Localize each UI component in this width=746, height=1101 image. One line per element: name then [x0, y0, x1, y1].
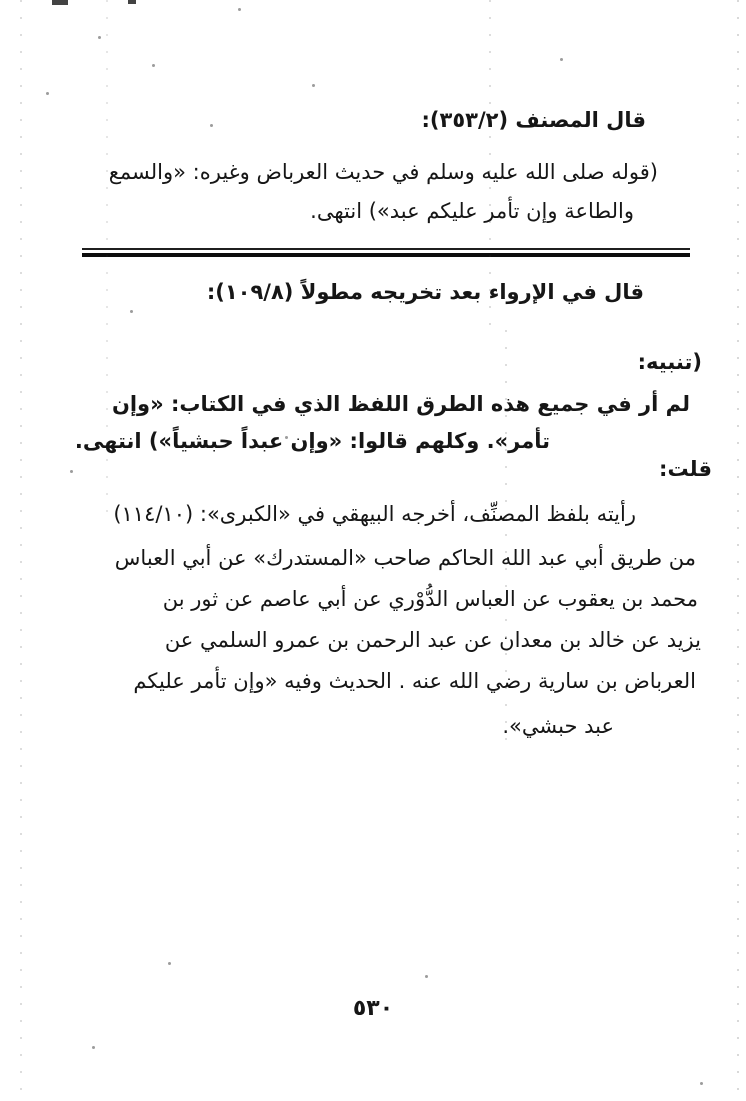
isnad-line-5: العرباض بن سارية رضي الله عنه . الحديث و…	[133, 665, 696, 697]
tanbih-line-1: لم أر في جميع هذه الطرق اللفظ الذي في ال…	[112, 388, 690, 420]
isnad-line-3: محمد بن يعقوب عن العباس الدُّوْري عن أبي…	[163, 583, 698, 615]
noise-dotted-line	[489, 0, 491, 335]
noise-speck	[560, 58, 563, 61]
noise-speck	[52, 0, 68, 5]
noise-speck	[130, 310, 133, 313]
noise-speck	[168, 962, 171, 965]
isnad-line-2: من طريق أبي عبد الله الحاكم صاحب «المستد…	[115, 542, 696, 574]
noise-speck	[46, 92, 49, 95]
noise-speck	[700, 1082, 703, 1085]
page-number: ٥٣٠	[0, 996, 746, 1021]
tanbih-line-2: تأمر». وكلهم قالوا: «وإن عبداً حبشياً») …	[75, 425, 550, 457]
noise-dotted-line	[737, 0, 739, 1101]
musannif-heading: قال المصنف (٣٥٣/٢):	[422, 104, 646, 136]
isnad-line-1: رأيته بلفظ المصنِّف، أخرجه البيهقي في «ا…	[113, 498, 636, 530]
noise-speck	[238, 8, 241, 11]
musannif-quote-line-1: (قوله صلى الله عليه وسلم في حديث العرباض…	[109, 156, 658, 188]
tanbih-label: (تنبيه:	[638, 346, 702, 378]
qultu-label: قلت:	[659, 453, 712, 485]
section-separator-rule	[82, 248, 690, 257]
noise-speck	[92, 1046, 95, 1049]
noise-speck	[210, 124, 213, 127]
noise-speck	[425, 975, 428, 978]
noise-dotted-line	[505, 330, 507, 745]
musannif-quote-line-2: والطاعة وإن تأمر عليكم عبد») انتهى.	[310, 195, 634, 227]
noise-speck	[312, 84, 315, 87]
noise-dotted-line	[106, 0, 108, 520]
isnad-line-6: عبد حبشي».	[502, 710, 614, 742]
noise-speck	[128, 0, 136, 4]
noise-speck	[152, 64, 155, 67]
noise-speck	[285, 436, 288, 439]
irwa-heading: قال في الإرواء بعد تخريجه مطولاً (١٠٩/٨)…	[207, 276, 644, 308]
noise-speck	[70, 470, 73, 473]
scanned-book-page: قال المصنف (٣٥٣/٢): (قوله صلى الله عليه …	[0, 0, 746, 1101]
noise-speck	[98, 36, 101, 39]
noise-dotted-line	[20, 0, 22, 1101]
isnad-line-4: يزيد عن خالد بن معدان عن عبد الرحمن بن ع…	[165, 624, 701, 656]
